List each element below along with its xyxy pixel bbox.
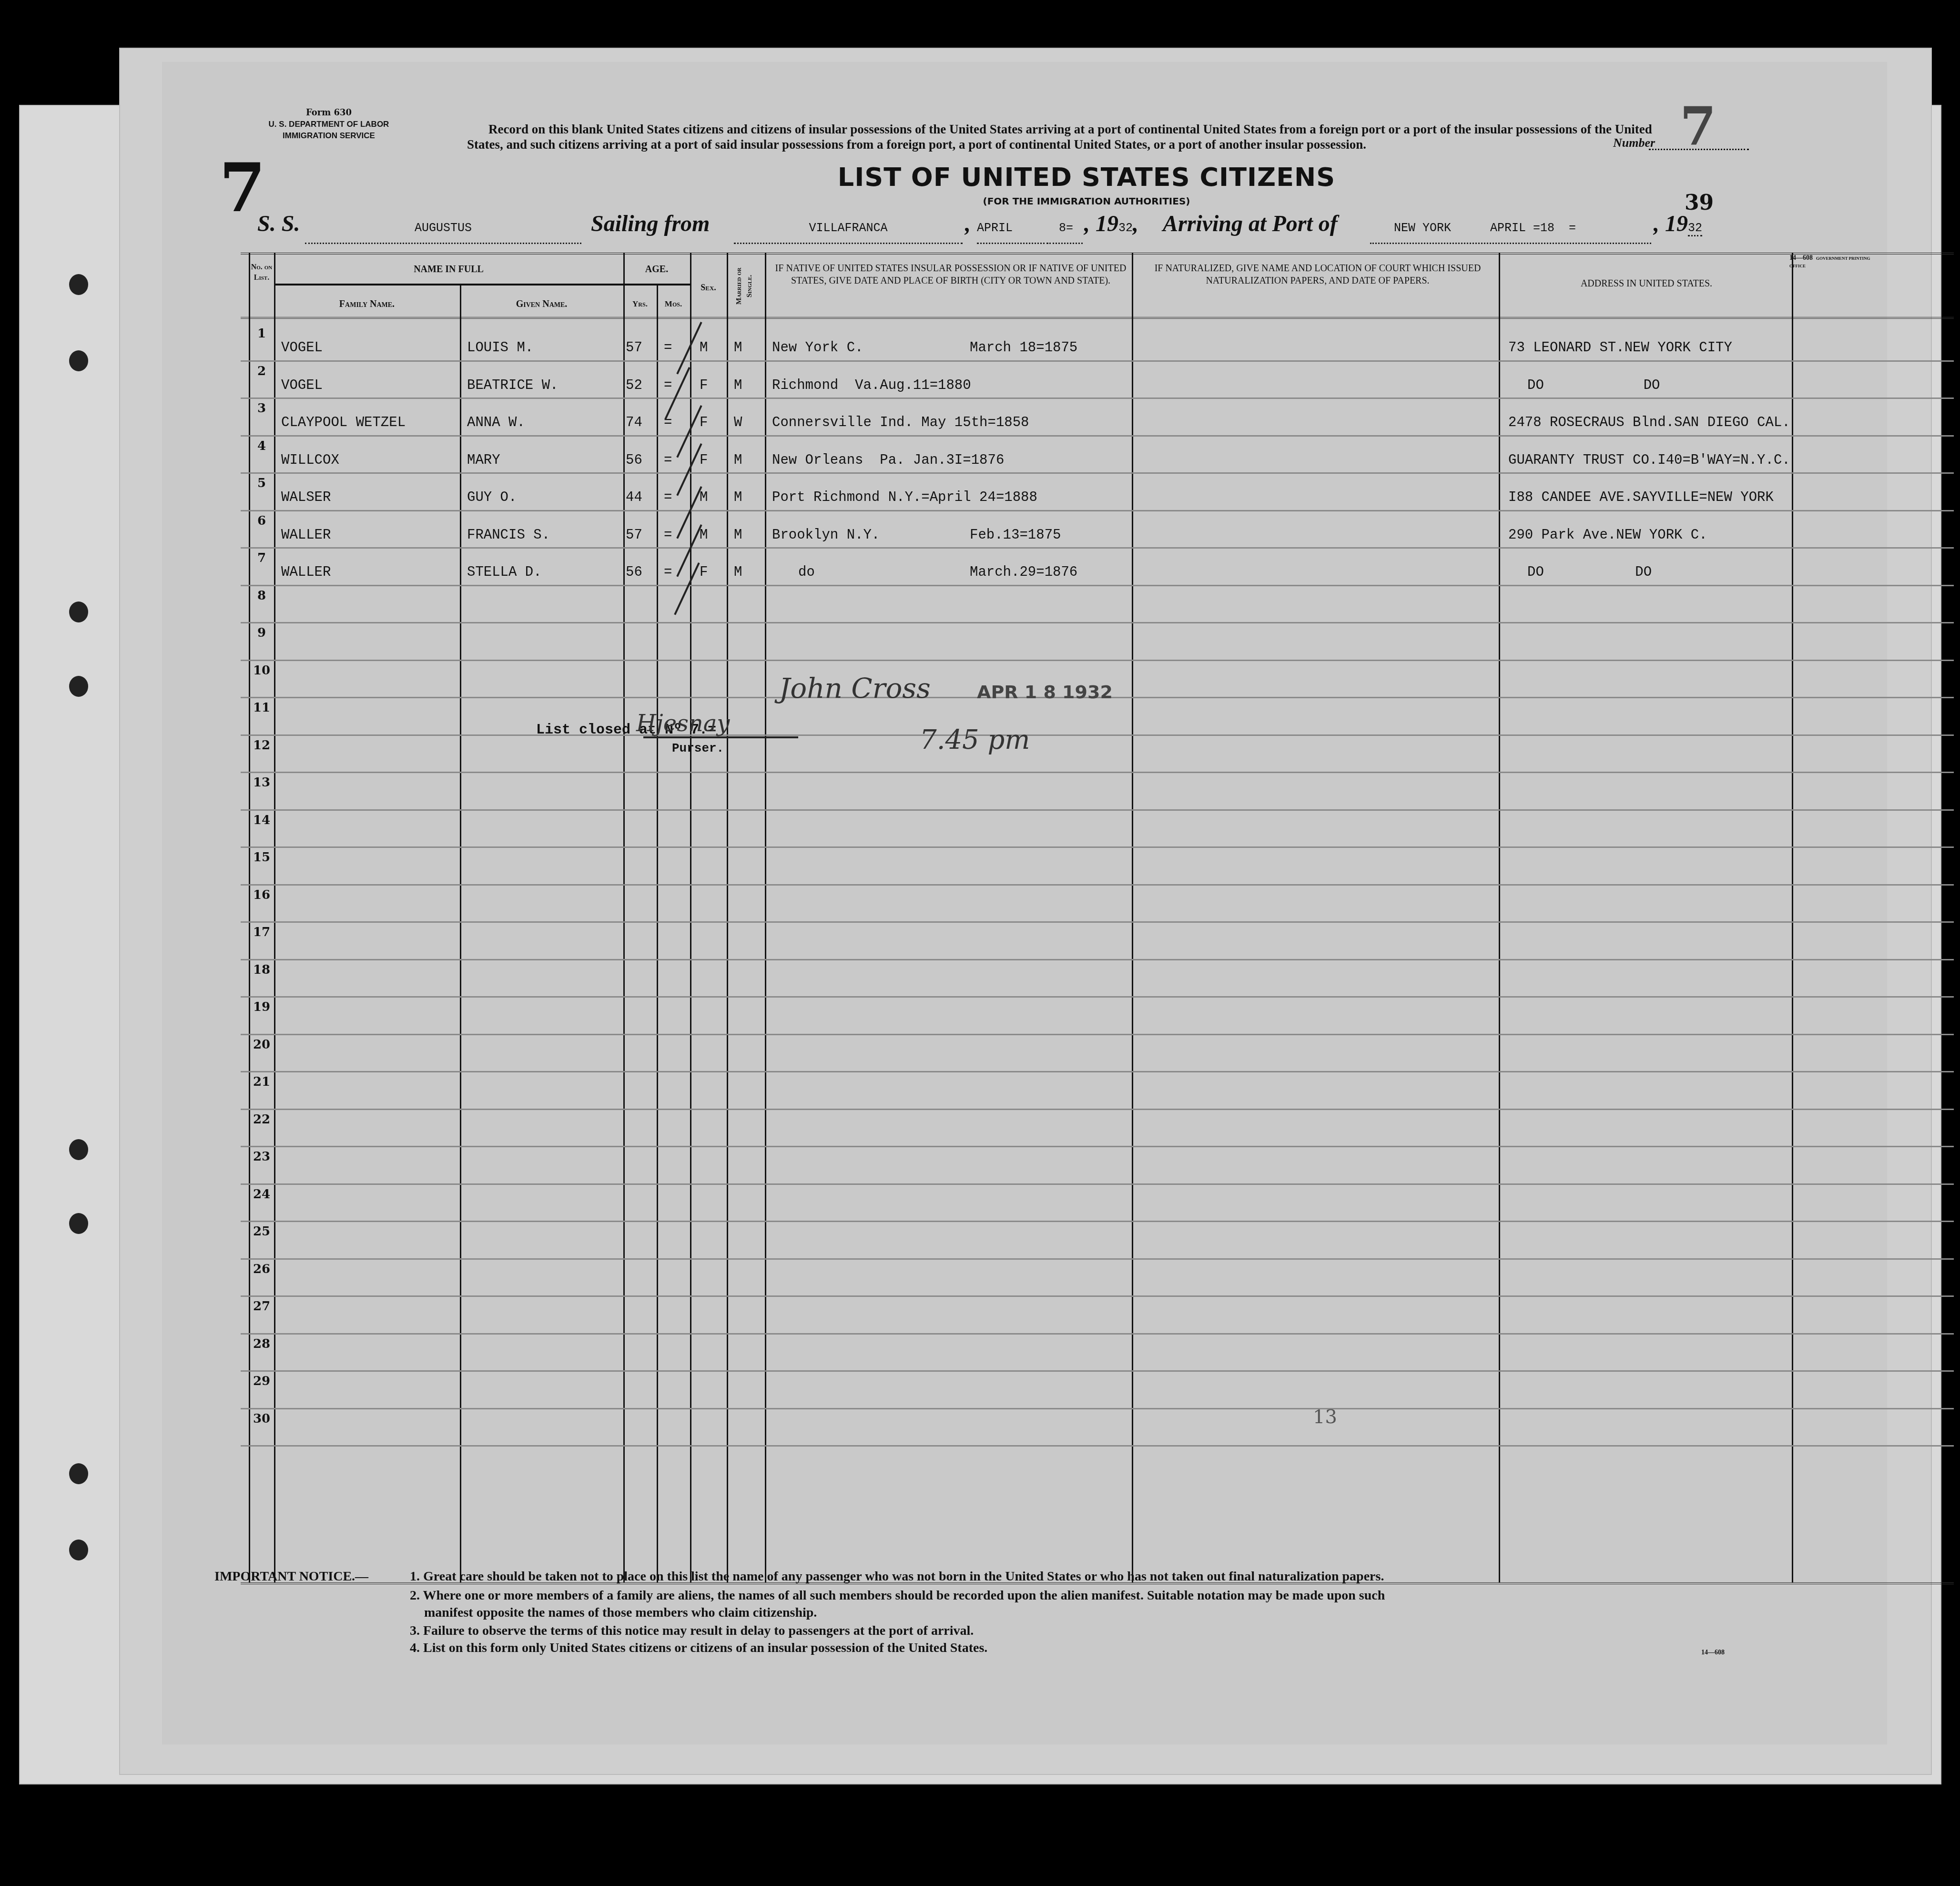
birth-place: do — [798, 564, 815, 580]
row-number: 2 — [250, 364, 274, 378]
address: 290 Park Ave.NEW YORK C. — [1508, 527, 1707, 543]
header-naturalized: IF NATURALIZED, GIVE NAME AND LOCATION O… — [1146, 262, 1489, 287]
marital-status: M — [734, 377, 742, 393]
row-number: 11 — [250, 701, 274, 715]
marital-status: M — [734, 527, 742, 543]
row-number: 27 — [250, 1299, 274, 1314]
row-number: 6 — [250, 514, 274, 528]
row-rule — [241, 472, 1954, 474]
inspection-time: 7.45 pm — [920, 724, 1030, 755]
row-number: 10 — [250, 663, 274, 678]
age-months: = — [664, 452, 672, 468]
row-rule — [241, 1183, 1954, 1185]
row-rule — [241, 1221, 1954, 1222]
arrival-century: , 1932 — [1654, 210, 1702, 243]
sailing-century: , 1932, — [1084, 210, 1138, 243]
marital-status: M — [734, 489, 742, 505]
sex: F — [700, 564, 708, 580]
age-months: = — [664, 377, 672, 393]
row-number: 1 — [250, 326, 274, 341]
sailing-year: 32 — [1118, 221, 1133, 235]
row-number: 13 — [250, 775, 274, 790]
col-line — [623, 253, 625, 1582]
row-rule — [241, 1109, 1954, 1110]
row-number: 12 — [250, 738, 274, 753]
notice-item-2-cont: manifest opposite the names of those mem… — [424, 1604, 817, 1621]
sex: M — [700, 340, 708, 356]
family-name: WALSER — [281, 489, 331, 505]
page-title: LIST OF UNITED STATES CITIZENS — [729, 162, 1444, 192]
header-given-name: Given Name. — [460, 298, 623, 310]
sailing-port: VILLAFRANCA — [809, 221, 887, 235]
col-line — [765, 253, 766, 1582]
arrival-date: APRIL =18 = — [1490, 221, 1576, 235]
birth-place: Richmond Va.Aug.11=1880 — [772, 377, 971, 393]
age-years: 52 — [626, 377, 642, 393]
row-number: 28 — [250, 1337, 274, 1351]
family-name: WILLCOX — [281, 452, 339, 468]
family-name: CLAYPOOL WETZEL — [281, 415, 406, 430]
purser-signature: Hjesnay — [636, 710, 730, 737]
row-number: 25 — [250, 1224, 274, 1239]
row-number: 26 — [250, 1262, 274, 1276]
row-number: 24 — [250, 1187, 274, 1202]
row-rule — [241, 510, 1954, 511]
row-rule — [241, 547, 1954, 549]
sailing-label: Sailing from — [591, 210, 710, 238]
arrival-field: NEW YORK APRIL =18 = — [1370, 210, 1651, 244]
ship-name-field: AUGUSTUS — [305, 210, 581, 244]
sailing-century-value: 19 — [1096, 211, 1118, 236]
row-rule — [241, 921, 1954, 923]
row-number: 14 — [250, 813, 274, 827]
address: DO DO — [1527, 564, 1652, 580]
birth-place: Brooklyn N.Y. — [772, 527, 880, 543]
sex: F — [700, 452, 708, 468]
given-name: LOUIS M. — [467, 340, 533, 356]
ship-name: AUGUSTUS — [415, 221, 472, 235]
binder-hole — [69, 1139, 88, 1160]
marital-status: M — [734, 340, 742, 356]
age-years: 57 — [626, 340, 642, 356]
binder-hole — [69, 1213, 88, 1234]
birth-place: New Orleans Pa. Jan.3I=1876 — [772, 452, 1004, 468]
inspection-date-stamp: APR 1 8 1932 — [977, 682, 1113, 703]
row-rule — [241, 1333, 1954, 1335]
arrival-port: NEW YORK — [1394, 221, 1451, 235]
address: GUARANTY TRUST CO.I40=B'WAY=N.Y.C. — [1508, 452, 1790, 468]
row-number: 20 — [250, 1038, 274, 1052]
header-bottom-border — [241, 317, 1954, 319]
binder-hole — [69, 676, 88, 697]
age-years: 56 — [626, 452, 642, 468]
given-name: MARY — [467, 452, 500, 468]
ship-label: S. S. — [257, 210, 300, 238]
check-tick — [664, 367, 690, 419]
row-rule — [241, 1445, 1954, 1447]
birth-date: March.29=1876 — [970, 564, 1077, 580]
row-rule — [241, 846, 1954, 848]
header-birth: IF NATIVE OF UNITED STATES INSULAR POSSE… — [774, 262, 1127, 287]
name-age-subheader-line — [274, 284, 690, 285]
row-rule — [241, 622, 1954, 623]
binder-hole — [69, 1463, 88, 1484]
row-number: 19 — [250, 1000, 274, 1014]
binder-hole — [69, 350, 88, 371]
birth-place: Port Richmond N.Y.=April 24=1888 — [772, 489, 1037, 505]
age-years: 44 — [626, 489, 642, 505]
notice-item-3: 3. Failure to observe the terms of this … — [410, 1622, 974, 1640]
col-line — [727, 253, 728, 1582]
row-number: 16 — [250, 888, 274, 902]
arriving-label: Arriving at Port of — [1163, 210, 1338, 238]
notice-item-1: 1. Great care should be taken not to pla… — [410, 1568, 1384, 1585]
record-instruction: Record on this blank United States citiz… — [467, 122, 1687, 152]
row-number: 9 — [250, 626, 274, 640]
form-number: Form 630 — [243, 107, 415, 119]
age-years: 57 — [626, 527, 642, 543]
notice-item-4: 4. List on this form only United States … — [410, 1640, 987, 1657]
number-value: 7 — [1680, 93, 1716, 160]
row-rule — [241, 996, 1954, 998]
age-years: 74 — [626, 415, 642, 430]
col-line — [657, 284, 658, 1582]
family-name: WALLER — [281, 527, 331, 543]
header-sex: Sex. — [690, 281, 727, 294]
given-name: BEATRICE W. — [467, 377, 558, 393]
row-rule — [241, 398, 1954, 399]
sailing-port-field: VILLAFRANCA — [734, 210, 963, 244]
arrival-century-value: 19 — [1665, 211, 1688, 236]
marital-status: M — [734, 564, 742, 580]
given-name: GUY O. — [467, 489, 517, 505]
row-rule — [241, 1071, 1954, 1072]
notice-heading: IMPORTANT NOTICE.— — [214, 1568, 368, 1585]
row-rule — [241, 435, 1954, 437]
row-rule — [241, 1295, 1954, 1297]
row-rule — [241, 585, 1954, 586]
sailing-month-field: APRIL — [977, 210, 1048, 244]
form-identity: Form 630 U. S. DEPARTMENT OF LABOR IMMIG… — [243, 107, 415, 142]
row-rule — [241, 959, 1954, 960]
citizens-table: No. on List. NAME IN FULL Family Name. G… — [241, 253, 1954, 1582]
row-rule — [241, 772, 1954, 773]
col-line — [1792, 253, 1793, 1582]
service: IMMIGRATION SERVICE — [243, 130, 415, 142]
birth-place: Connersville Ind. May 15th=1858 — [772, 415, 1029, 430]
age-months: = — [664, 340, 672, 356]
binder-hole — [69, 601, 88, 622]
birth-date: Feb.13=1875 — [970, 527, 1061, 543]
row-number: 8 — [250, 589, 274, 603]
row-rule — [241, 734, 1954, 736]
binder-hole — [69, 1539, 88, 1560]
family-name: WALLER — [281, 564, 331, 580]
row-number: 18 — [250, 963, 274, 977]
row-number: 5 — [250, 476, 274, 490]
address: 2478 ROSECRAUS Blnd.SAN DIEGO CAL. — [1508, 415, 1790, 430]
birth-date: March 18=1875 — [970, 340, 1077, 356]
col-line — [690, 253, 691, 1582]
address: DO DO — [1527, 377, 1660, 393]
row-number: 21 — [250, 1075, 274, 1089]
age-months: = — [664, 564, 672, 580]
binder-hole — [69, 274, 88, 295]
row-number: 29 — [250, 1374, 274, 1388]
sex: M — [700, 489, 708, 505]
address: I88 CANDEE AVE.SAYVILLE=NEW YORK — [1508, 489, 1774, 505]
department: U. S. DEPARTMENT OF LABOR — [243, 119, 415, 130]
header-mos: Mos. — [657, 298, 690, 310]
sex: F — [700, 415, 708, 430]
footer-code: 14—608 — [1701, 1644, 1725, 1662]
page-subtitle: (FOR THE IMMIGRATION AUTHORITIES) — [729, 195, 1444, 207]
age-months: = — [664, 489, 672, 505]
header-no: No. on List. — [249, 262, 274, 283]
sailing-day-field: 8= — [1049, 210, 1083, 244]
arrival-year: 32 — [1688, 221, 1702, 236]
row-number: 30 — [250, 1412, 274, 1426]
address: 73 LEONARD ST.NEW YORK CITY — [1508, 340, 1732, 356]
header-family-name: Family Name. — [274, 298, 460, 310]
notice-item-2: 2. Where one or more members of a family… — [410, 1587, 1385, 1604]
row-number: 17 — [250, 925, 274, 939]
table-top-border — [241, 253, 1954, 255]
birth-place: New York C. — [772, 340, 863, 356]
family-name: VOGEL — [281, 377, 323, 393]
check-tick — [676, 322, 702, 374]
age-years: 56 — [626, 564, 642, 580]
sex: F — [700, 377, 708, 393]
row-number: 4 — [250, 439, 274, 453]
row-number: 15 — [250, 850, 274, 865]
sailing-day: 8 — [1059, 221, 1066, 235]
col-line — [460, 284, 461, 1582]
inspector-signature: John Cross — [779, 672, 931, 704]
row-rule — [241, 884, 1954, 886]
row-rule — [241, 809, 1954, 811]
row-number: 22 — [250, 1112, 274, 1127]
col-line — [1499, 253, 1500, 1582]
family-name: VOGEL — [281, 340, 323, 356]
sex: M — [700, 527, 708, 543]
col-line — [1132, 253, 1133, 1582]
header-married-or-single: Married or Single. — [734, 257, 755, 315]
row-rule — [241, 660, 1954, 661]
check-tick — [674, 562, 700, 615]
given-name: FRANCIS S. — [467, 527, 550, 543]
marital-status: M — [734, 452, 742, 468]
header-name-in-full: NAME IN FULL — [274, 263, 623, 275]
comma: , — [965, 210, 971, 238]
marital-status: W — [734, 415, 742, 430]
sailing-month: APRIL — [977, 221, 1013, 235]
row-rule — [241, 1034, 1954, 1035]
row-rule — [241, 1408, 1954, 1409]
header-yrs: Yrs. — [623, 298, 657, 310]
given-name: STELLA D. — [467, 564, 542, 580]
row-rule — [241, 1370, 1954, 1372]
header-age: AGE. — [623, 263, 690, 275]
row-rule — [241, 360, 1954, 362]
row-number: 23 — [250, 1150, 274, 1164]
purser-label: Purser. — [672, 741, 724, 755]
row-number: 7 — [250, 551, 274, 565]
header-address: ADDRESS IN UNITED STATES. — [1508, 277, 1785, 290]
given-name: ANNA W. — [467, 415, 525, 430]
age-months: = — [664, 527, 672, 543]
col-line — [274, 253, 275, 1582]
row-rule — [241, 1146, 1954, 1147]
manifest-page: Form 630 U. S. DEPARTMENT OF LABOR IMMIG… — [162, 62, 1887, 1744]
stray-mark: 13 — [1313, 1406, 1337, 1428]
number-label: Number — [1613, 136, 1655, 150]
row-rule — [241, 1258, 1954, 1260]
row-number: 3 — [250, 401, 274, 416]
